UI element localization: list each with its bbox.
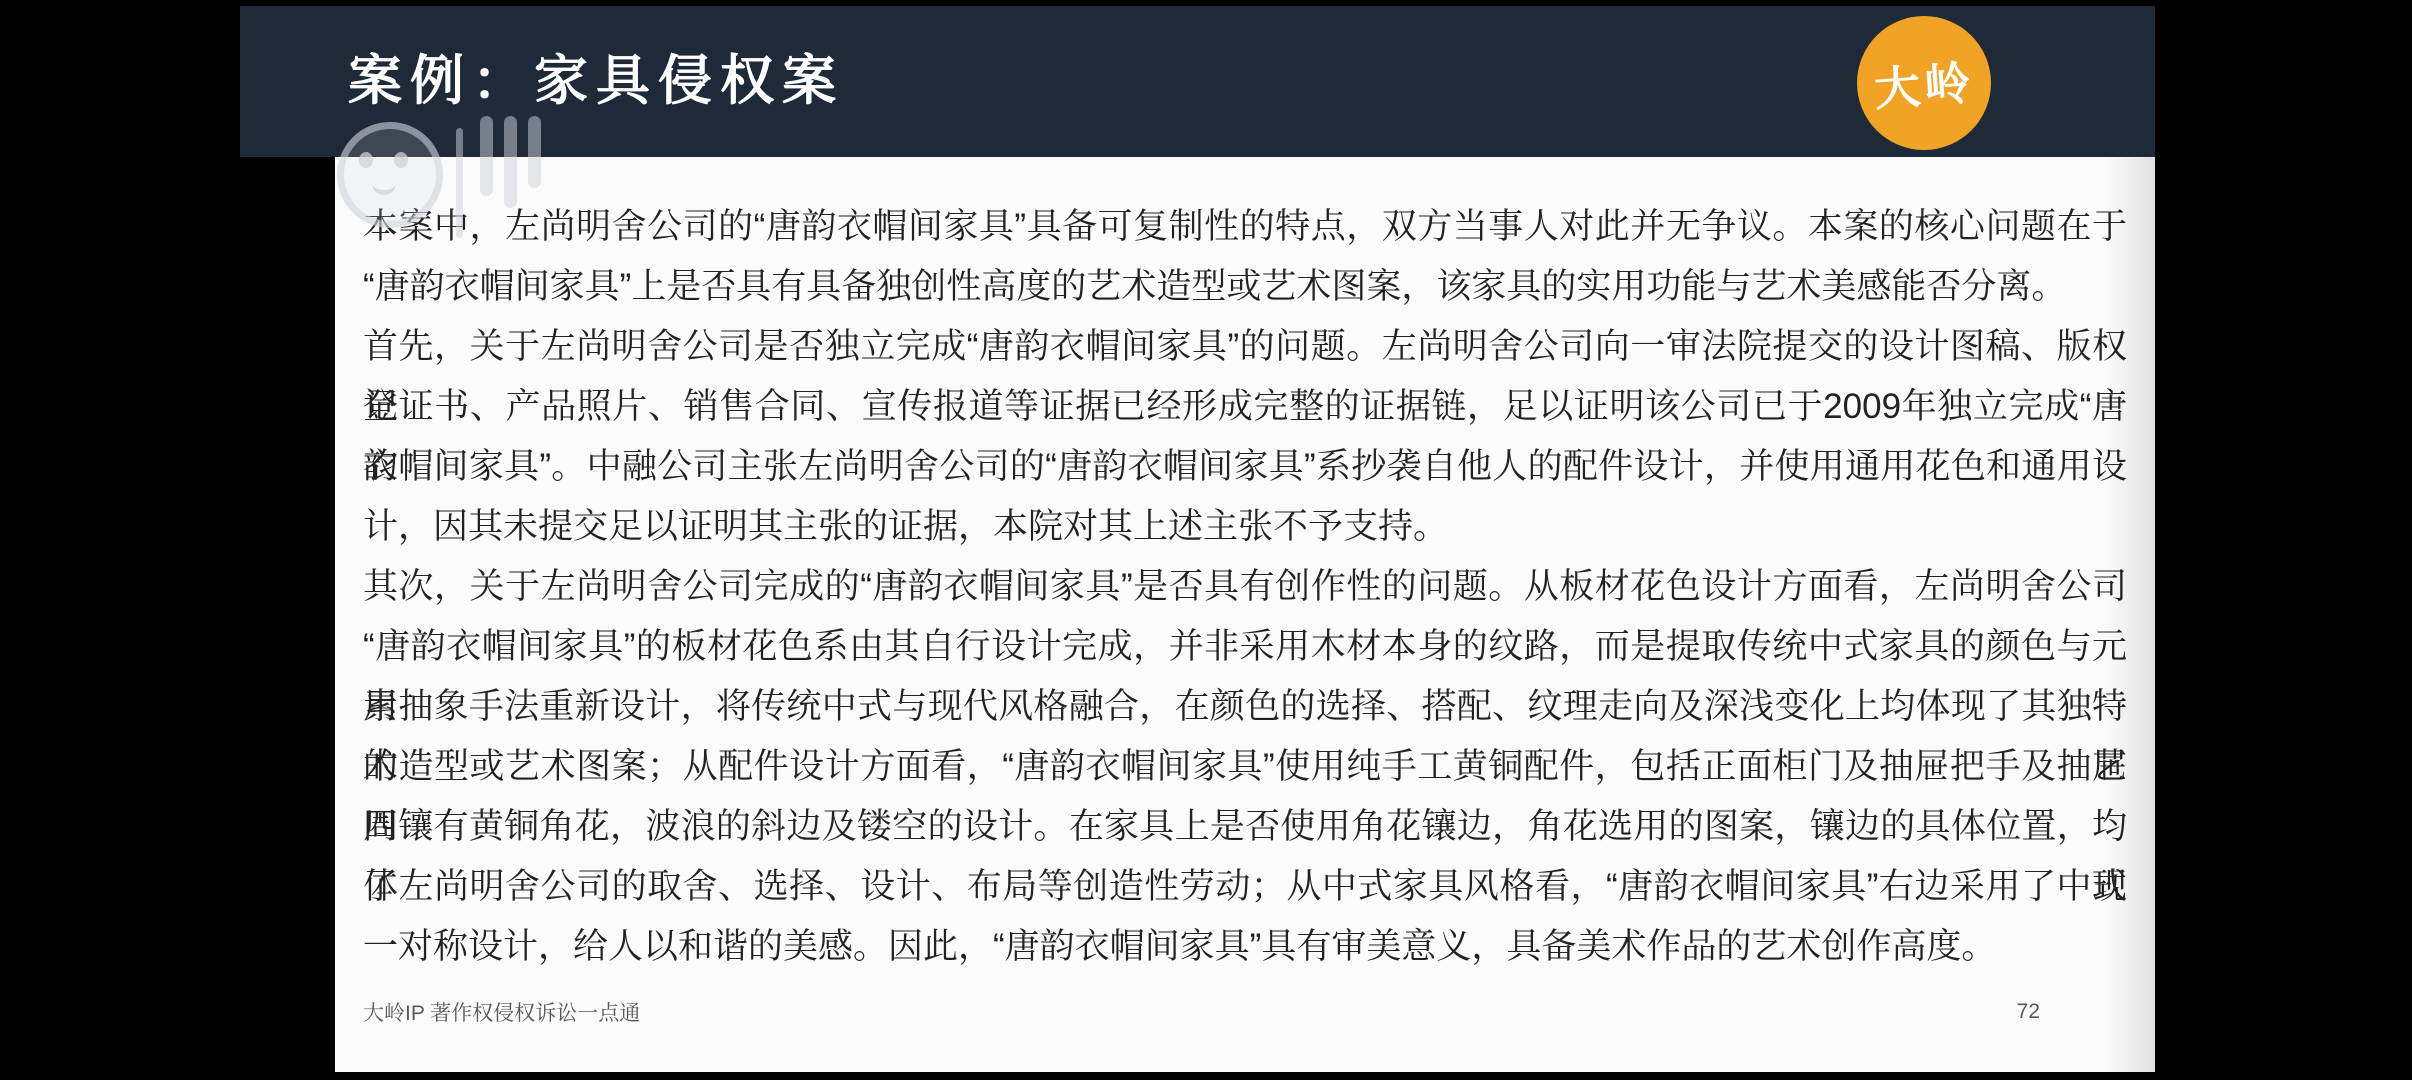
body-text: 本案中，左尚明舍公司的“唐韵衣帽间家具”具备可复制性的特点，双方当事人对此并无争… [363,197,2127,977]
slide-body: 本案中，左尚明舍公司的“唐韵衣帽间家具”具备可复制性的特点，双方当事人对此并无争… [335,157,2155,1072]
text-line: “唐韵衣帽间家具”的板材花色系由其自行设计完成，并非采用木材本身的纹路，而是提取… [363,617,2127,677]
page-number: 72 [2017,1000,2040,1024]
text-line: 用抽象手法重新设计，将传统中式与现代风格融合，在颜色的选择、搭配、纹理走向及深浅… [363,677,2127,737]
slide-footer: 大岭IP 著作权侵权诉讼一点通 72 [363,995,2040,1029]
daling-logo-icon: 大岭 [1857,16,1991,150]
text-line: 了左尚明舍公司的取舍、选择、设计、布局等创造性劳动；从中式家具风格看，“唐韵衣帽… [363,857,2127,917]
slide-title: 案例：家具侵权案 [348,26,844,136]
text-line: 本案中，左尚明舍公司的“唐韵衣帽间家具”具备可复制性的特点，双方当事人对此并无争… [363,197,2127,257]
daling-logo-text: 大岭 [1872,47,1976,120]
text-line: 一对称设计，给人以和谐的美感。因此，“唐韵衣帽间家具”具有审美意义，具备美术作品… [363,917,2127,977]
text-line: 周镶有黄铜角花，波浪的斜边及镂空的设计。在家具上是否使用角花镶边，角花选用的图案… [363,797,2127,857]
footer-caption: 大岭IP 著作权侵权诉讼一点通 [363,997,640,1027]
text-line: 衣帽间家具”。中融公司主张左尚明舍公司的“唐韵衣帽间家具”系抄袭自他人的配件设计… [363,437,2127,497]
text-line: 首先，关于左尚明舍公司是否独立完成“唐韵衣帽间家具”的问题。左尚明舍公司向一审法… [363,317,2127,377]
text-line: 术造型或艺术图案；从配件设计方面看，“唐韵衣帽间家具”使用纯手工黄铜配件，包括正… [363,737,2127,797]
text-line: “唐韵衣帽间家具”上是否具有具备独创性高度的艺术造型或艺术图案，该家具的实用功能… [363,257,2127,317]
text-line: 其次，关于左尚明舍公司完成的“唐韵衣帽间家具”是否具有创作性的问题。从板材花色设… [363,557,2127,617]
text-line: 计，因其未提交足以证明其主张的证据，本院对其上述主张不予支持。 [363,497,2127,557]
video-frame: 案例：家具侵权案 本案中，左尚明舍公司的“唐韵衣帽间家具”具备可复制性的特点，双… [0,0,2412,1080]
text-line: 记证书、产品照片、销售合同、宣传报道等证据已经形成完整的证据链，足以证明该公司已… [363,377,2127,437]
